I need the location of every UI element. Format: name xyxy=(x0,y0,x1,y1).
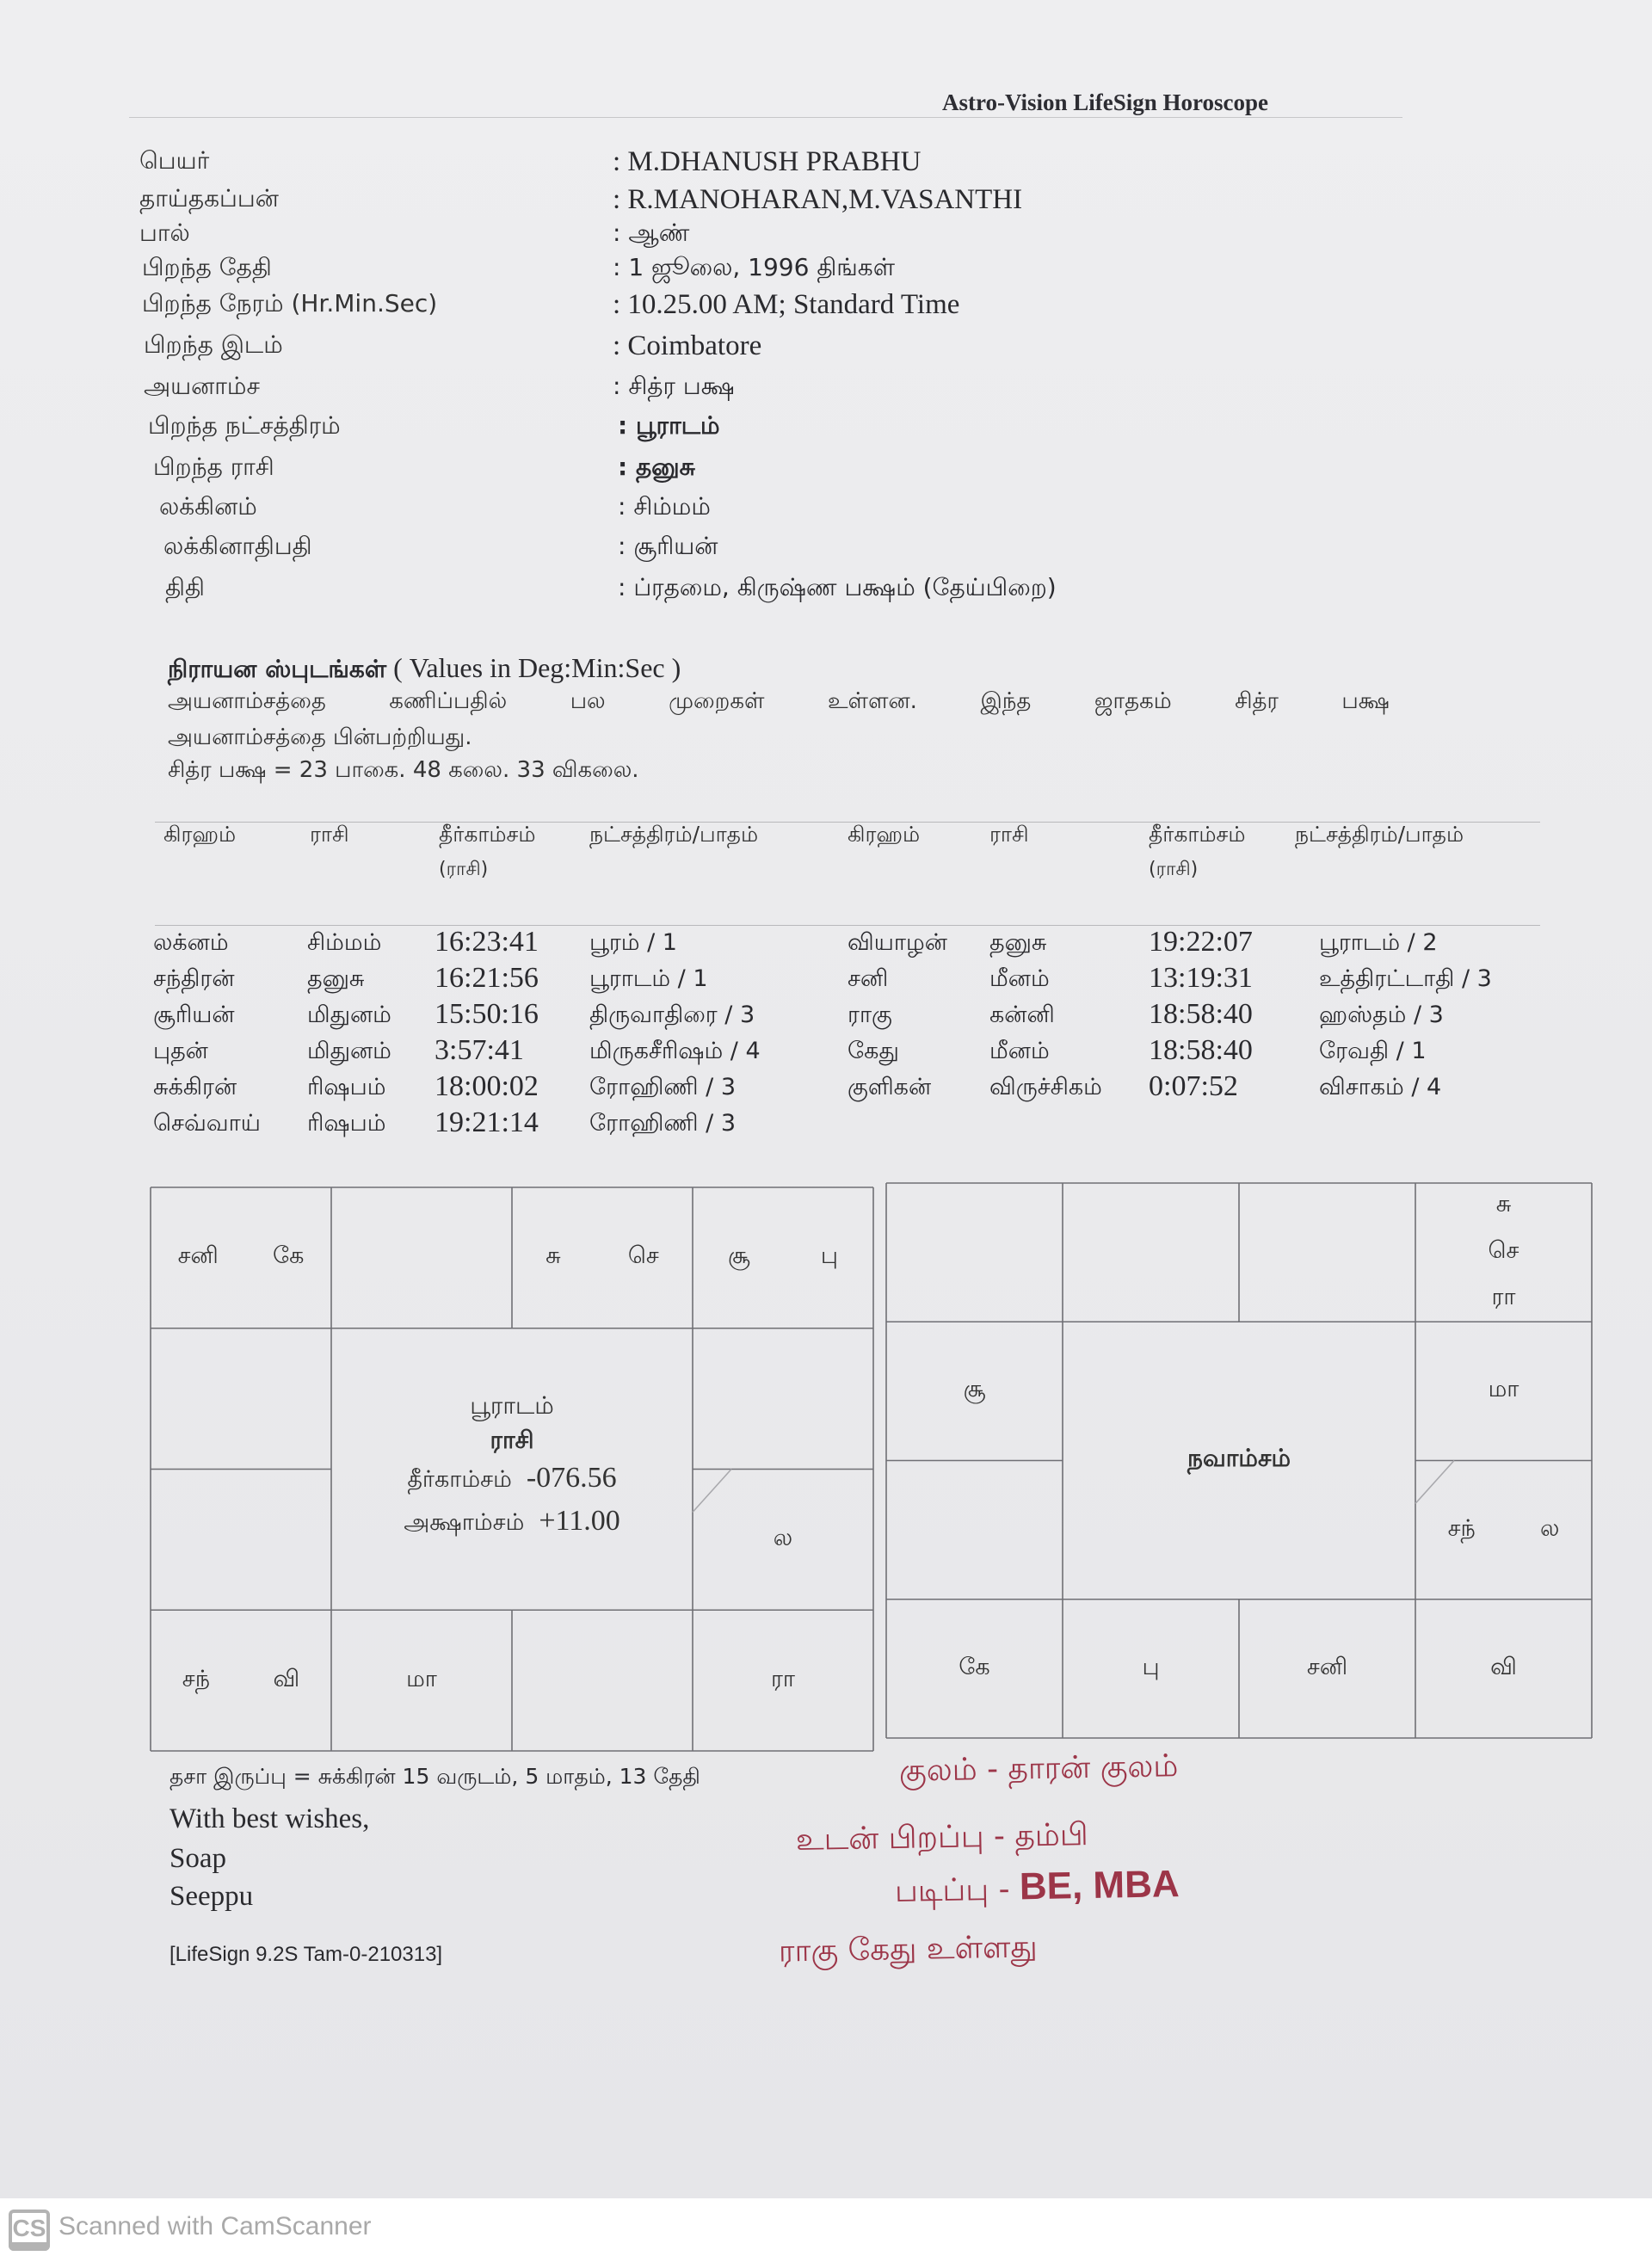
table-cell-graham: சூரியன் xyxy=(153,1002,235,1032)
column-header-longitude: தீர்காம்சம் xyxy=(1149,822,1245,850)
planet-abbreviation: பு xyxy=(1142,1654,1159,1684)
ayanamsa-paragraph-line1: அயனாம்சத்தைகணிப்பதில்பலமுறைகள்உள்ளன.இந்த… xyxy=(168,688,1390,717)
detail-label: பிறந்த நேரம் (Hr.Min.Sec) xyxy=(142,289,437,321)
detail-label: பிறந்த ராசி xyxy=(153,453,274,484)
detail-label: பால் xyxy=(139,219,190,250)
planet-abbreviation: வி xyxy=(274,1666,300,1696)
sender-line-2: Seeppu xyxy=(170,1881,253,1913)
house-bottom-3: சனி xyxy=(1239,1599,1415,1738)
center-nakshatra: பூராடம் xyxy=(331,1389,693,1423)
column-header-nakshatra: நட்சத்திரம்/பாதம் xyxy=(589,822,758,850)
table-cell-longitude: 19:22:07 xyxy=(1149,926,1253,958)
table-cell-graham: சந்திரன் xyxy=(153,965,235,995)
camscanner-logo-icon: CS xyxy=(9,2210,50,2251)
table-cell-rasi: கன்னி xyxy=(989,1002,1055,1032)
planet-abbreviation: பு xyxy=(821,1242,838,1273)
table-cell-nakshatra: ஹஸ்தம் / 3 xyxy=(1319,1002,1444,1032)
camscanner-watermark: Scanned with CamScanner xyxy=(59,2212,372,2241)
house-top-4: சுசெரா xyxy=(1415,1183,1592,1322)
table-cell-graham: வியாழன் xyxy=(848,929,947,959)
table-cell-graham: செவ்வாய் xyxy=(153,1110,261,1140)
ayanamsa-paragraph-line2: அயனாம்சத்தை பின்பற்றியது. xyxy=(168,724,472,753)
table-cell-longitude: 13:19:31 xyxy=(1149,962,1253,995)
detail-value: : பூராடம் xyxy=(618,411,720,443)
planet-abbreviation: ரா xyxy=(771,1666,795,1696)
handwritten-note-rahu-ketu: ராகு கேது உள்ளது xyxy=(779,1929,1038,1973)
planet-abbreviation: சூ xyxy=(964,1376,986,1406)
house-top-3: சுசெ xyxy=(512,1187,693,1328)
table-cell-longitude: 16:21:56 xyxy=(435,962,539,995)
paragraph-word: முறைகள் xyxy=(669,688,764,717)
latitude-label: அக்ஷாம்சம் xyxy=(404,1509,524,1536)
header-title: Astro-Vision LifeSign Horoscope xyxy=(942,89,1268,116)
column-header-longitude-sub: (ராசி) xyxy=(1149,859,1198,883)
paragraph-word: அயனாம்சத்தை xyxy=(168,688,326,717)
table-cell-nakshatra: விசாகம் / 4 xyxy=(1319,1074,1441,1104)
table-cell-rasi: தனுசு xyxy=(307,965,365,995)
planet-abbreviation: செ xyxy=(1489,1237,1519,1267)
planet-abbreviation: செ xyxy=(628,1242,659,1273)
house-top-4: சூபு xyxy=(693,1187,873,1328)
table-cell-longitude: 18:58:40 xyxy=(1149,998,1253,1031)
nirayana-title-tamil: நிராயன ஸ்புடங்கள் xyxy=(168,655,386,683)
detail-value: : தனுசு xyxy=(618,453,695,484)
detail-label: தாய்தகப்பன் xyxy=(139,184,279,216)
nirayana-title-english: ( Values in Deg:Min:Sec ) xyxy=(386,652,681,683)
table-cell-graham: ராகு xyxy=(848,1002,892,1032)
table-header-rule xyxy=(155,925,1540,926)
software-version: [LifeSign 9.2S Tam-0-210313] xyxy=(170,1943,442,1967)
table-cell-rasi: மீனம் xyxy=(989,965,1050,995)
table-cell-longitude: 19:21:14 xyxy=(435,1106,539,1139)
longitude-value: -076.56 xyxy=(527,1462,617,1494)
column-header-nakshatra: நட்சத்திரம்/பாதம் xyxy=(1295,822,1464,850)
paragraph-word: கணிப்பதில் xyxy=(389,688,507,717)
table-cell-nakshatra: திருவாதிரை / 3 xyxy=(589,1002,755,1032)
detail-value: : ப்ரதமை, கிருஷ்ண பக்ஷம் (தேய்பிறை) xyxy=(618,573,1057,605)
planet-abbreviation: வி xyxy=(1490,1654,1517,1684)
planet-abbreviation: சூ xyxy=(728,1242,750,1273)
table-cell-graham: சுக்கிரன் xyxy=(153,1074,237,1104)
house-bottom-2: பு xyxy=(1063,1599,1239,1738)
sender-line-1: Soap xyxy=(170,1843,226,1875)
planet-abbreviation: ல xyxy=(774,1525,792,1555)
table-cell-graham: கேது xyxy=(848,1038,899,1068)
detail-label: பிறந்த நட்சத்திரம் xyxy=(148,411,341,443)
header-divider xyxy=(129,117,1402,118)
table-cell-nakshatra: பூராடம் / 2 xyxy=(1319,929,1438,959)
table-cell-longitude: 3:57:41 xyxy=(435,1034,524,1067)
house-top-1: சனிகே xyxy=(151,1187,331,1328)
table-cell-nakshatra: பூராடம் / 1 xyxy=(589,965,708,995)
planet-abbreviation: ரா xyxy=(1491,1284,1515,1314)
planet-abbreviation: சனி xyxy=(1307,1654,1347,1684)
house-bottom-2: மா xyxy=(331,1610,512,1751)
navamsa-chart-title: நவாம்சம் xyxy=(1063,1444,1415,1476)
house-bottom-1: சந்வி xyxy=(151,1610,331,1751)
paragraph-word: பல xyxy=(570,688,606,717)
longitude-label: தீர்காம்சம் xyxy=(407,1466,511,1493)
table-cell-rasi: மிதுனம் xyxy=(307,1038,391,1068)
table-cell-longitude: 18:00:02 xyxy=(435,1070,539,1103)
paragraph-word: பக்ஷ xyxy=(1341,688,1389,717)
detail-value: : சிம்மம் xyxy=(618,492,711,524)
detail-label: பிறந்த தேதி xyxy=(142,253,272,285)
table-cell-longitude: 0:07:52 xyxy=(1149,1070,1238,1103)
handwritten-note-education: படிப்பு - BE, MBA xyxy=(895,1863,1180,1914)
wishes-text: With best wishes, xyxy=(170,1803,369,1835)
planet-abbreviation: சந் xyxy=(182,1666,210,1696)
column-header-longitude-sub: (ராசி) xyxy=(439,859,488,883)
detail-value: : Coimbatore xyxy=(613,330,761,362)
navamsa-chart: சுசெராசூமாசந்லகேபுசனிவிநவாம்சம் xyxy=(886,1183,1592,1738)
paragraph-word: இந்த xyxy=(980,688,1031,717)
dasa-balance: தசா இருப்பு = சுக்கிரன் 15 வருடம், 5 மாத… xyxy=(170,1764,700,1792)
column-header-longitude: தீர்காம்சம் xyxy=(439,822,535,850)
table-cell-nakshatra: பூரம் / 1 xyxy=(589,929,677,959)
table-cell-nakshatra: மிருகசீரிஷம் / 4 xyxy=(589,1038,761,1068)
detail-value: : சித்ர பக்ஷ xyxy=(613,372,735,404)
house-left-2: சூ xyxy=(886,1322,1063,1460)
detail-label: லக்கினம் xyxy=(159,492,257,524)
detail-value: : R.MANOHARAN,M.VASANTHI xyxy=(613,184,1022,216)
table-cell-graham: குளிகன் xyxy=(848,1074,931,1104)
house-bottom-4: வி xyxy=(1415,1599,1592,1738)
column-header-rasi: ராசி xyxy=(989,822,1029,850)
detail-label: திதி xyxy=(165,573,205,605)
table-cell-longitude: 15:50:16 xyxy=(435,998,539,1031)
paragraph-word: ஜாதகம் xyxy=(1094,688,1172,717)
planet-abbreviation: சு xyxy=(1496,1191,1512,1221)
planet-abbreviation: கே xyxy=(959,1654,989,1684)
detail-label: பிறந்த இடம் xyxy=(144,330,283,362)
table-cell-graham: சனி xyxy=(848,965,888,995)
detail-value: : 10.25.00 AM; Standard Time xyxy=(613,289,959,321)
table-cell-rasi: விருச்சிகம் xyxy=(989,1074,1102,1104)
planet-abbreviation: ல xyxy=(1540,1515,1559,1545)
planet-abbreviation: கே xyxy=(273,1242,304,1273)
table-cell-rasi: ரிஷபம் xyxy=(307,1110,385,1140)
detail-value: : ஆண் xyxy=(613,219,689,250)
planet-abbreviation: மா xyxy=(1489,1376,1519,1406)
rasi-chart-center: பூராடம்ராசிதீர்காம்சம் -076.56அக்ஷாம்சம்… xyxy=(331,1389,693,1544)
planet-abbreviation: மா xyxy=(406,1666,437,1696)
detail-label: லக்கினாதிபதி xyxy=(163,532,312,564)
handwritten-note-siblings: உடன் பிறப்பு - தம்பி xyxy=(796,1817,1088,1862)
detail-label: பெயர் xyxy=(139,146,209,178)
planet-abbreviation: சந் xyxy=(1448,1515,1476,1545)
planet-abbreviation: சு xyxy=(546,1242,561,1273)
ayanamsa-value: சித்ர பக்ஷ = 23 பாகை. 48 கலை. 33 விகலை. xyxy=(168,757,639,786)
column-header-graham: கிரஹம் xyxy=(163,822,236,850)
paragraph-word: சித்ர xyxy=(1235,688,1279,717)
table-cell-rasi: தனுசு xyxy=(989,929,1047,959)
table-cell-rasi: மீனம் xyxy=(989,1038,1050,1068)
planet-abbreviation: சனி xyxy=(178,1242,219,1273)
column-header-rasi: ராசி xyxy=(310,822,349,850)
center-title: ராசி xyxy=(331,1423,693,1458)
house-right-2: மா xyxy=(1415,1322,1592,1460)
handwritten-note-kulam: குலம் - தாரன் குலம் xyxy=(899,1748,1179,1793)
latitude-value: +11.00 xyxy=(539,1505,619,1537)
education-value: BE, MBA xyxy=(1019,1863,1180,1908)
table-cell-rasi: மிதுனம் xyxy=(307,1002,391,1032)
house-right-3: சந்ல xyxy=(1415,1461,1592,1599)
house-bottom-1: கே xyxy=(886,1599,1063,1738)
table-cell-nakshatra: ரேவதி / 1 xyxy=(1319,1038,1427,1068)
table-cell-rasi: ரிஷபம் xyxy=(307,1074,385,1104)
detail-value: : சூரியன் xyxy=(618,532,718,564)
paragraph-word: உள்ளன. xyxy=(828,688,917,717)
nirayana-title: நிராயன ஸ்புடங்கள் ( Values in Deg:Min:Se… xyxy=(168,652,681,687)
education-label: படிப்பு - xyxy=(895,1871,1020,1909)
table-cell-nakshatra: உத்திரட்டாதி / 3 xyxy=(1319,965,1492,995)
table-cell-nakshatra: ரோஹிணி / 3 xyxy=(589,1110,736,1140)
house-bottom-4: ரா xyxy=(693,1610,873,1751)
table-cell-longitude: 18:58:40 xyxy=(1149,1034,1253,1067)
detail-value: : 1 ஜூலை, 1996 திங்கள் xyxy=(613,253,895,285)
table-cell-rasi: சிம்மம் xyxy=(307,929,381,959)
table-cell-nakshatra: ரோஹிணி / 3 xyxy=(589,1074,736,1104)
rasi-chart: சனிகேசுசெசூபுலசந்விமாராபூராடம்ராசிதீர்கா… xyxy=(151,1187,873,1751)
column-header-graham: கிரஹம் xyxy=(848,822,920,850)
table-cell-longitude: 16:23:41 xyxy=(435,926,539,958)
detail-value: : M.DHANUSH PRABHU xyxy=(613,146,921,178)
detail-label: அயனாம்ச xyxy=(144,372,260,404)
house-right-3: ல xyxy=(693,1470,873,1611)
table-cell-graham: புதன் xyxy=(153,1038,208,1068)
table-cell-graham: லக்னம் xyxy=(153,929,229,959)
